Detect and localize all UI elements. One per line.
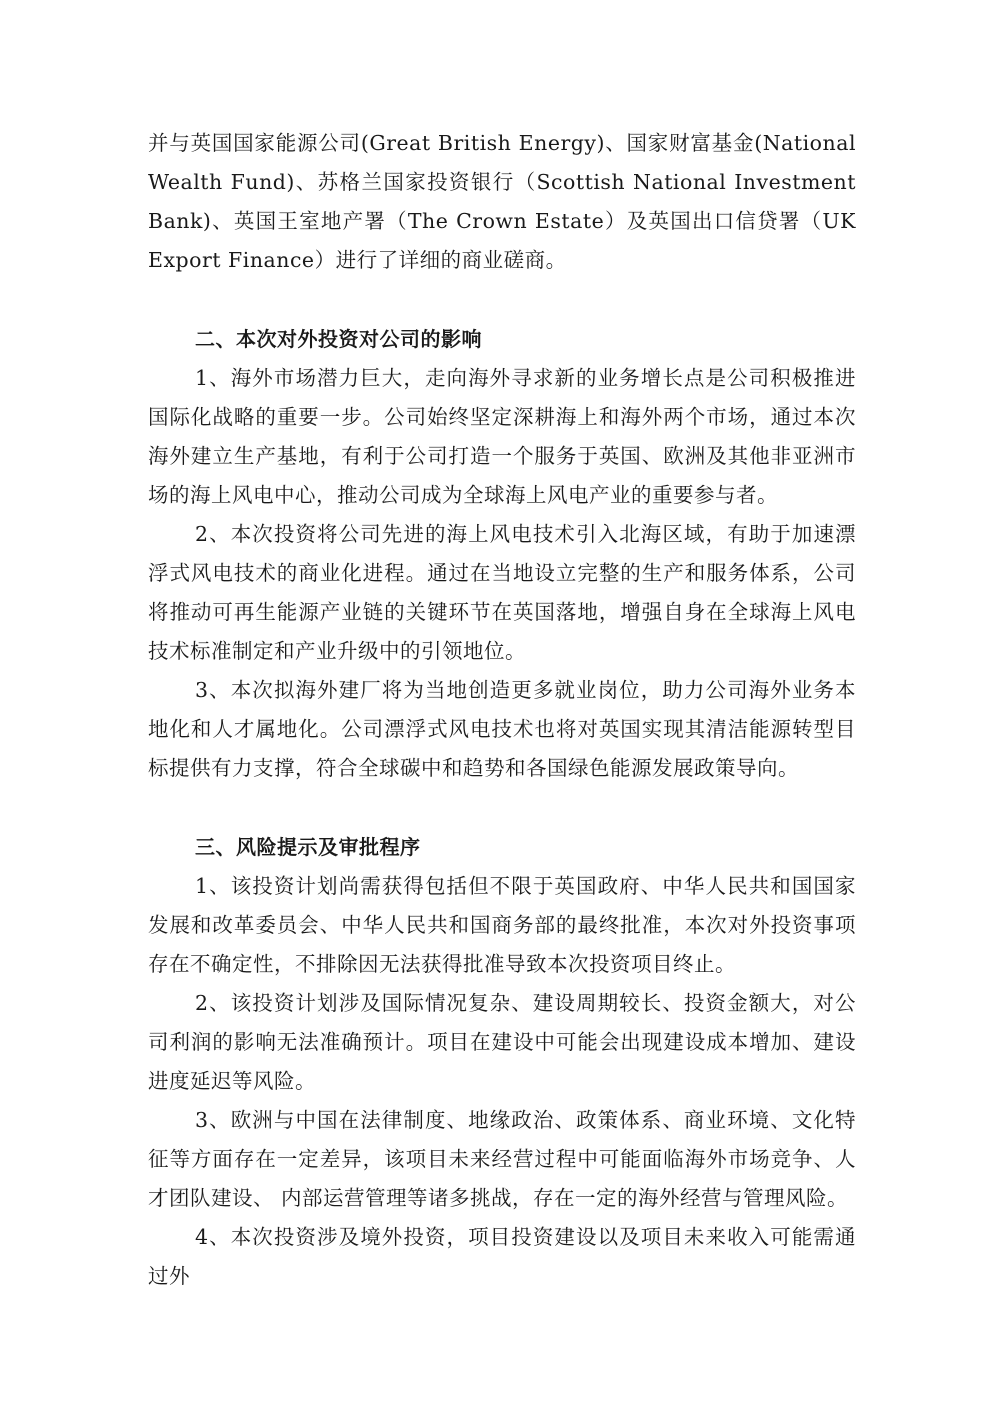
risk-paragraph-3: 3、欧洲与中国在法律制度、地缘政治、政策体系、商业环境、文化特征等方面存在一定差… (148, 1101, 856, 1218)
impact-paragraph-1: 1、海外市场潜力巨大，走向海外寻求新的业务增长点是公司积极推进国际化战略的重要一… (148, 359, 856, 515)
document-page: 并与英国国家能源公司(Great British Energy)、国家财富基金(… (148, 124, 856, 1296)
risk-paragraph-1: 1、该投资计划尚需获得包括但不限于英国政府、中华人民共和国国家发展和改革委员会、… (148, 867, 856, 984)
impact-paragraph-3: 3、本次拟海外建厂将为当地创造更多就业岗位，助力公司海外业务本地化和人才属地化。… (148, 671, 856, 788)
intro-paragraph: 并与英国国家能源公司(Great British Energy)、国家财富基金(… (148, 124, 856, 280)
impact-paragraph-2: 2、本次投资将公司先进的海上风电技术引入北海区域，有助于加速漂浮式风电技术的商业… (148, 515, 856, 671)
risk-paragraph-4: 4、本次投资涉及境外投资，项目投资建设以及项目未来收入可能需通过外 (148, 1218, 856, 1296)
risk-paragraph-2: 2、该投资计划涉及国际情况复杂、建设周期较长、投资金额大，对公司利润的影响无法准… (148, 984, 856, 1101)
section-heading-risk: 三、风险提示及审批程序 (148, 828, 856, 867)
section-heading-impact: 二、本次对外投资对公司的影响 (148, 320, 856, 359)
